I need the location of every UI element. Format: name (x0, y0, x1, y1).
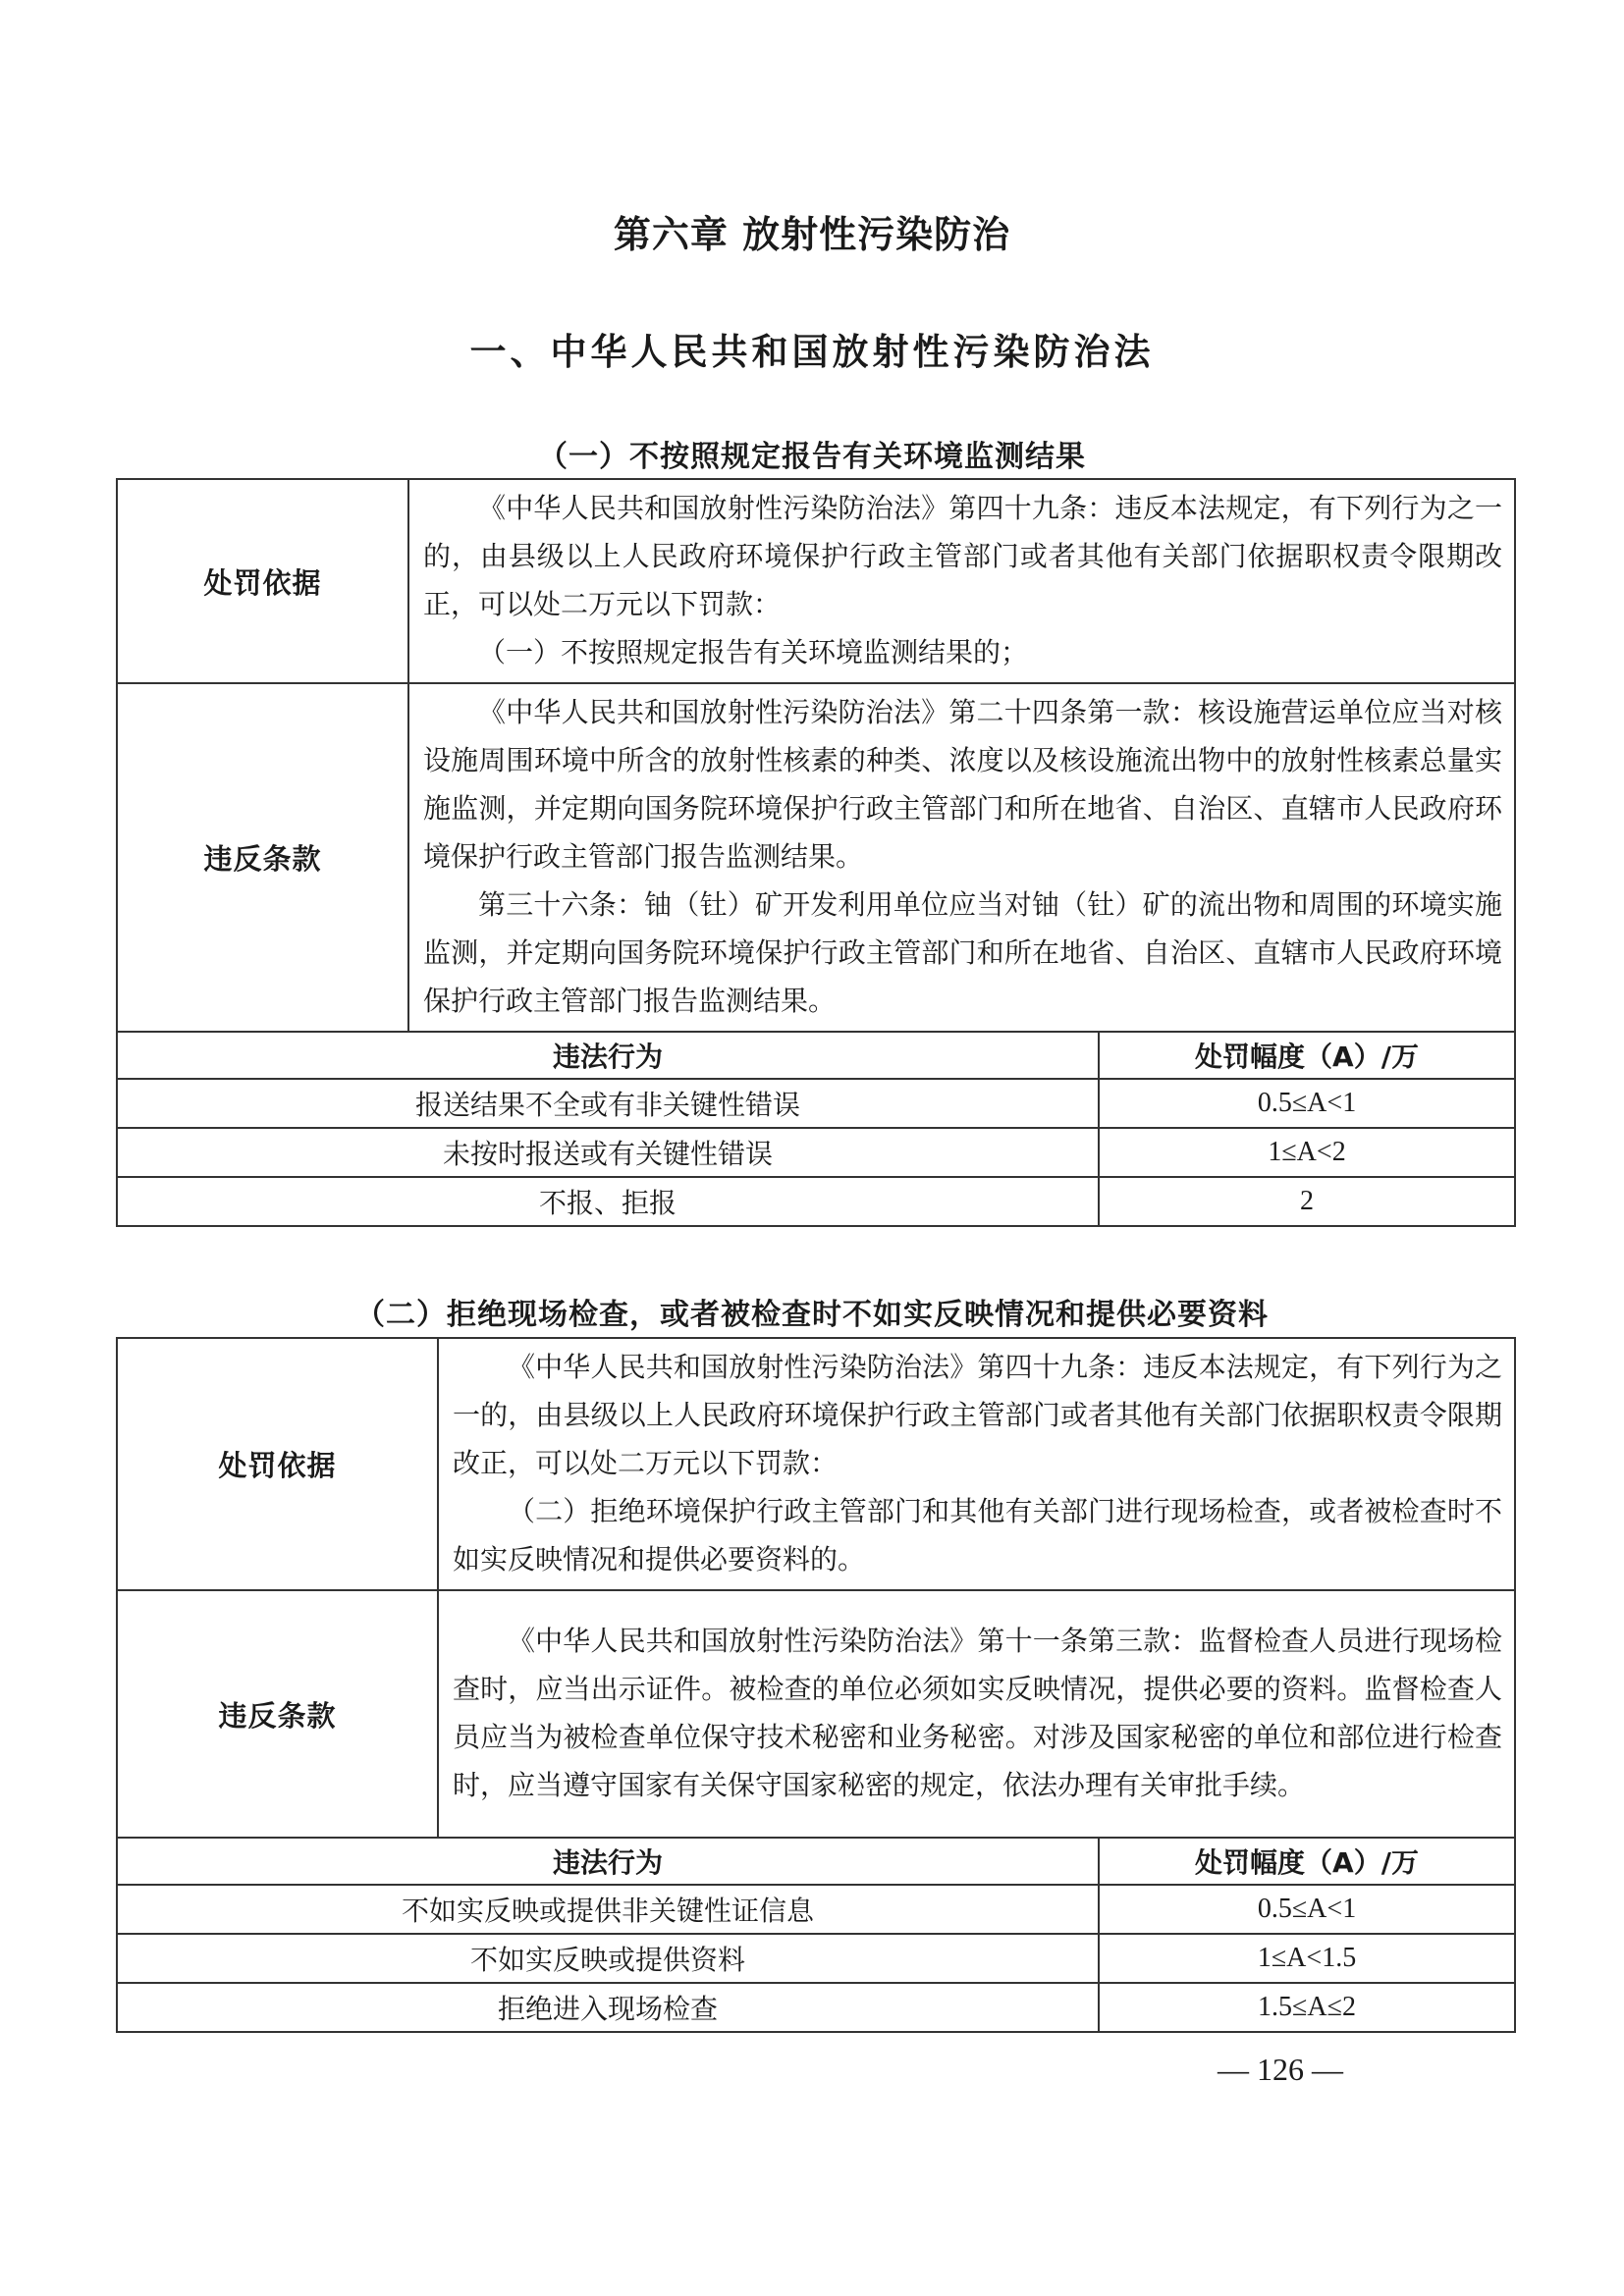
basis-paragraph: （二）拒绝环境保护行政主管部门和其他有关部门进行现场检查，或者被检查时不如实反映… (453, 1487, 1502, 1583)
table-header-row: 违法行为 处罚幅度（A）/万 (117, 1838, 1515, 1885)
basis-text: 《中华人民共和国放射性污染防治法》第四十九条：违反本法规定，有下列行为之一的，由… (408, 479, 1515, 683)
chapter-title: 第六章 放射性污染防治 (0, 204, 1624, 258)
violation-text: 《中华人民共和国放射性污染防治法》第二十四条第一款：核设施营运单位应当对核设施周… (408, 683, 1515, 1032)
range-cell: 2 (1099, 1177, 1515, 1226)
behavior-cell: 不报、拒报 (117, 1177, 1099, 1226)
violation-paragraph: 第三十六条：铀（钍）矿开发利用单位应当对铀（钍）矿的流出物和周围的环境实施监测，… (423, 881, 1502, 1025)
range-cell: 0.5≤A<1 (1099, 1079, 1515, 1128)
penalty-table-1: 处罚依据 《中华人民共和国放射性污染防治法》第四十九条：违反本法规定，有下列行为… (116, 478, 1516, 1227)
table-row: 不如实反映或提供非关键性证信息 0.5≤A<1 (117, 1885, 1515, 1934)
column-header-range: 处罚幅度（A）/万 (1099, 1838, 1515, 1885)
behavior-cell: 报送结果不全或有非关键性错误 (117, 1079, 1099, 1128)
table-header-row: 违法行为 处罚幅度（A）/万 (117, 1032, 1515, 1079)
basis-row: 处罚依据 《中华人民共和国放射性污染防治法》第四十九条：违反本法规定，有下列行为… (117, 479, 1515, 683)
behavior-cell: 未按时报送或有关键性错误 (117, 1128, 1099, 1177)
violation-row: 违反条款 《中华人民共和国放射性污染防治法》第十一条第三款：监督检查人员进行现场… (117, 1590, 1515, 1838)
basis-paragraph: 《中华人民共和国放射性污染防治法》第四十九条：违反本法规定，有下列行为之一的，由… (453, 1343, 1502, 1487)
basis-text: 《中华人民共和国放射性污染防治法》第四十九条：违反本法规定，有下列行为之一的，由… (438, 1338, 1515, 1590)
behavior-cell: 不如实反映或提供非关键性证信息 (117, 1885, 1099, 1934)
column-header-behavior: 违法行为 (117, 1032, 1099, 1079)
basis-paragraph: （一）不按照规定报告有关环境监测结果的； (423, 628, 1502, 676)
column-header-behavior: 违法行为 (117, 1838, 1099, 1885)
page-number: — 126 — (1218, 2052, 1343, 2088)
column-header-range: 处罚幅度（A）/万 (1099, 1032, 1515, 1079)
range-cell: 1≤A<2 (1099, 1128, 1515, 1177)
range-cell: 1≤A<1.5 (1099, 1934, 1515, 1983)
table-row: 拒绝进入现场检查 1.5≤A≤2 (117, 1983, 1515, 2032)
penalty-table-2: 处罚依据 《中华人民共和国放射性污染防治法》第四十九条：违反本法规定，有下列行为… (116, 1337, 1516, 2033)
table-row: 未按时报送或有关键性错误 1≤A<2 (117, 1128, 1515, 1177)
violation-label: 违反条款 (117, 683, 408, 1032)
behavior-cell: 不如实反映或提供资料 (117, 1934, 1099, 1983)
violation-label: 违反条款 (117, 1590, 438, 1838)
basis-label: 处罚依据 (117, 479, 408, 683)
table-row: 报送结果不全或有非关键性错误 0.5≤A<1 (117, 1079, 1515, 1128)
basis-label: 处罚依据 (117, 1338, 438, 1590)
range-cell: 1.5≤A≤2 (1099, 1983, 1515, 2032)
basis-row: 处罚依据 《中华人民共和国放射性污染防治法》第四十九条：违反本法规定，有下列行为… (117, 1338, 1515, 1590)
subsection-title-2: （二）拒绝现场检查，或者被检查时不如实反映情况和提供必要资料 (0, 1290, 1624, 1333)
violation-paragraph: 《中华人民共和国放射性污染防治法》第十一条第三款：监督检查人员进行现场检查时，应… (453, 1617, 1502, 1809)
behavior-cell: 拒绝进入现场检查 (117, 1983, 1099, 2032)
basis-paragraph: 《中华人民共和国放射性污染防治法》第四十九条：违反本法规定，有下列行为之一的，由… (423, 484, 1502, 628)
violation-paragraph: 《中华人民共和国放射性污染防治法》第二十四条第一款：核设施营运单位应当对核设施周… (423, 688, 1502, 881)
table-row: 不如实反映或提供资料 1≤A<1.5 (117, 1934, 1515, 1983)
violation-row: 违反条款 《中华人民共和国放射性污染防治法》第二十四条第一款：核设施营运单位应当… (117, 683, 1515, 1032)
section-title: 一、中华人民共和国放射性污染防治法 (0, 322, 1624, 375)
range-cell: 0.5≤A<1 (1099, 1885, 1515, 1934)
subsection-title-1: （一）不按照规定报告有关环境监测结果 (0, 432, 1624, 475)
violation-text: 《中华人民共和国放射性污染防治法》第十一条第三款：监督检查人员进行现场检查时，应… (438, 1590, 1515, 1838)
table-row: 不报、拒报 2 (117, 1177, 1515, 1226)
